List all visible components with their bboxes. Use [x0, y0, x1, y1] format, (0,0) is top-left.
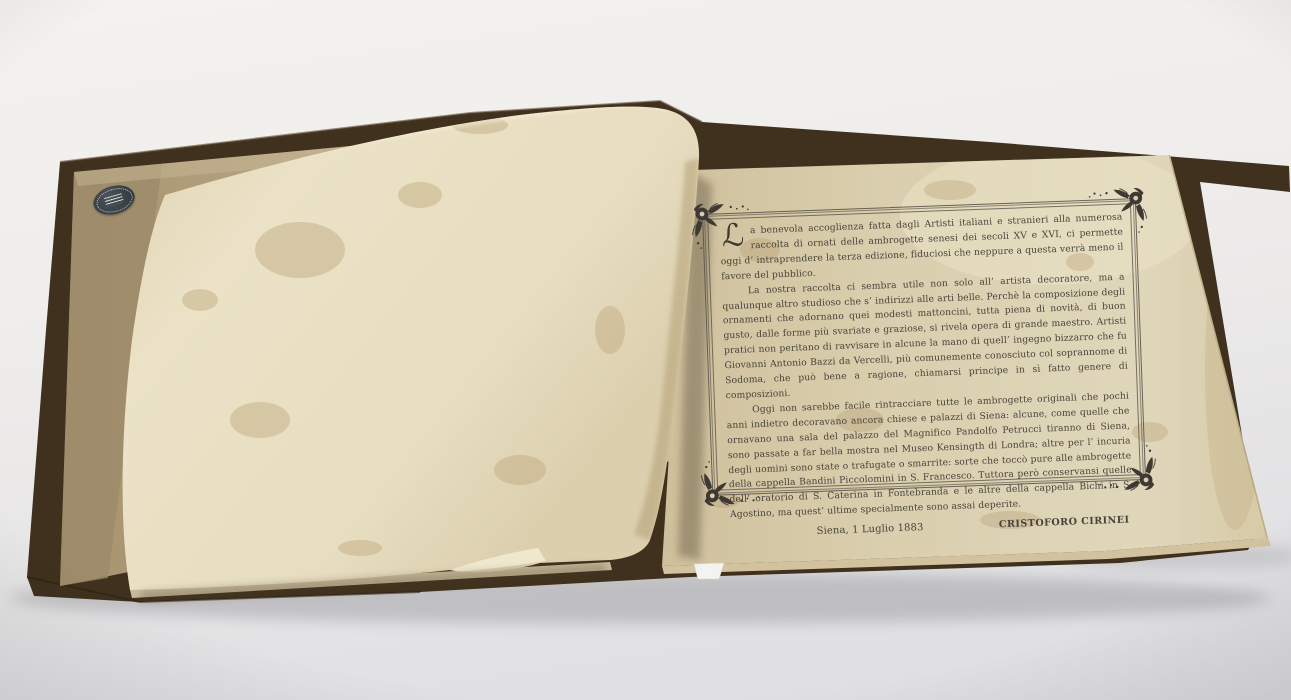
paragraph-2: La nostra raccolta ci sembra utile non s… [722, 270, 1129, 404]
printed-page-content: ℒa benevola accoglienza fatta dagli Arti… [702, 198, 1146, 496]
decorative-initial: ℒ [721, 223, 744, 249]
paragraph-3: Oggi non sarebbe facile rintracciare tut… [726, 389, 1133, 523]
book-photo-scene: ℒa benevola accoglienza fatta dagli Arti… [0, 0, 1291, 700]
page-text: ℒa benevola accoglienza fatta dagli Arti… [719, 211, 1131, 488]
